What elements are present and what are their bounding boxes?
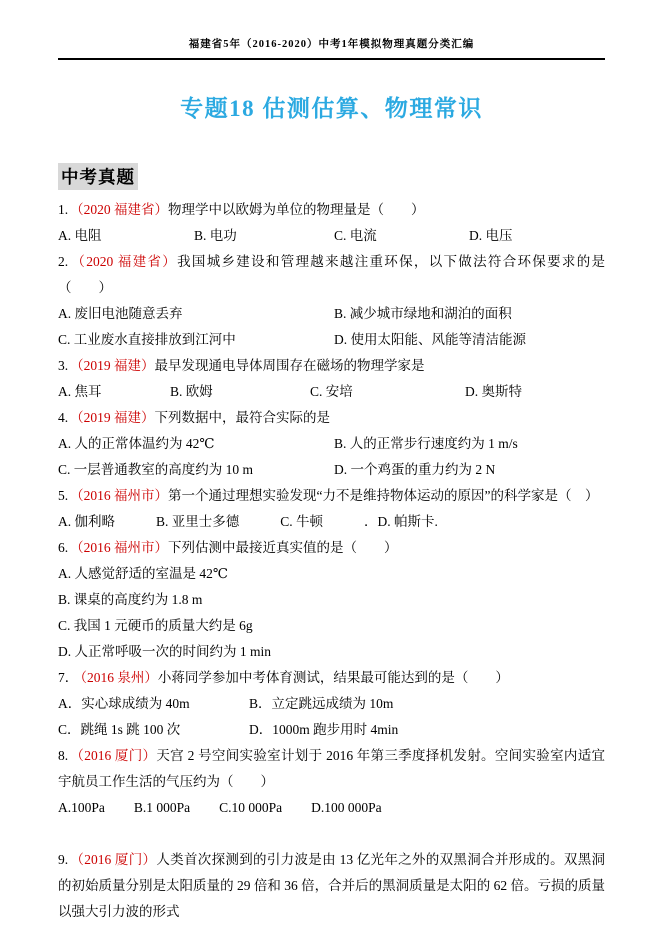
- options: A.100PaB.1 000PaC.10 000PaD.100 000Pa: [58, 795, 605, 821]
- option: C. 电流: [334, 223, 469, 249]
- question-number: 9.: [58, 852, 70, 867]
- option: A.100Pa: [58, 795, 105, 821]
- option: A．实心球成绩为 40m: [58, 691, 249, 717]
- question: 4.（2019 福建）下列数据中，最符合实际的是A. 人的正常体温约为 42℃B…: [58, 405, 605, 483]
- question: 6.（2016 福州市）下列估测中最接近真实值的是（ ）A. 人感觉舒适的室温是…: [58, 535, 605, 665]
- question-source-tag: （2019 福建）: [70, 358, 154, 373]
- question-number: 8.: [58, 748, 70, 763]
- option: C. 一层普通教室的高度约为 10 m: [58, 457, 334, 483]
- question-number: 6.: [58, 540, 70, 555]
- options: A. 伽利略B. 亚里士多德C. 牛顿．D. 帕斯卡.: [58, 509, 605, 535]
- option: D. 奥斯特: [465, 379, 605, 405]
- option: A. 人的正常体温约为 42℃: [58, 431, 334, 457]
- option: C. 安培: [310, 379, 465, 405]
- option: B. 人的正常步行速度约为 1 m/s: [334, 431, 605, 457]
- question-source-tag: （2016 泉州）: [80, 670, 158, 685]
- question-source-tag: （2016 福州市）: [70, 540, 168, 555]
- option: B. 欧姆: [170, 379, 310, 405]
- question-stem: 6.（2016 福州市）下列估测中最接近真实值的是（ ）: [58, 535, 605, 561]
- options: A．实心球成绩为 40mB．立定跳远成绩为 10mC．跳绳 1s 跳 100 次…: [58, 691, 605, 743]
- options: A. 电阻B. 电功C. 电流D. 电压: [58, 223, 605, 249]
- option: B. 课桌的高度约为 1.8 m: [58, 587, 605, 613]
- options: A. 焦耳B. 欧姆C. 安培D. 奥斯特: [58, 379, 605, 405]
- option: A. 废旧电池随意丢弃: [58, 301, 334, 327]
- question-text: 下列估测中最接近真实值的是（ ）: [168, 540, 398, 555]
- page-header-text: 福建省5年（2016-2020）中考1年模拟物理真题分类汇编: [58, 36, 605, 60]
- document-page: 福建省5年（2016-2020）中考1年模拟物理真题分类汇编 专题18 估测估算…: [0, 0, 661, 936]
- question-stem: 7．（2016 泉州）小蒋同学参加中考体育测试，结果最可能达到的是（ ）: [58, 665, 605, 691]
- option: B．立定跳远成绩为 10m: [249, 691, 605, 717]
- question-stem: 3.（2019 福建）最早发现通电导体周围存在磁场的物理学家是: [58, 353, 605, 379]
- question-source-tag: （2016 厦门）: [70, 748, 156, 763]
- options: A. 人感觉舒适的室温是 42℃B. 课桌的高度约为 1.8 mC. 我国 1 …: [58, 561, 605, 665]
- question-text: 下列数据中，最符合实际的是: [155, 410, 331, 425]
- option: D. 一个鸡蛋的重力约为 2 N: [334, 457, 605, 483]
- option: C．跳绳 1s 跳 100 次: [58, 717, 249, 743]
- question-text: 第一个通过理想实验发现“力不是维持物体运动的原因”的科学家是（ ）: [168, 488, 598, 503]
- question-source-tag: （2020 福建省）: [70, 202, 168, 217]
- options: A. 人的正常体温约为 42℃B. 人的正常步行速度约为 1 m/sC. 一层普…: [58, 431, 605, 483]
- option: B. 亚里士多德: [156, 509, 239, 535]
- question-text: 最早发现通电导体周围存在磁场的物理学家是: [155, 358, 425, 373]
- option: C.10 000Pa: [219, 795, 282, 821]
- question-number: 4.: [58, 410, 70, 425]
- question-number: 2.: [58, 254, 70, 269]
- option: C. 牛顿: [280, 509, 323, 535]
- question: 3.（2019 福建）最早发现通电导体周围存在磁场的物理学家是A. 焦耳B. 欧…: [58, 353, 605, 405]
- question-text: 小蒋同学参加中考体育测试，结果最可能达到的是（ ）: [158, 670, 509, 685]
- option: ．D. 帕斯卡.: [364, 509, 438, 535]
- options: A. 废旧电池随意丢弃B. 减少城市绿地和湖泊的面积C. 工业废水直接排放到江河…: [58, 301, 605, 353]
- question: 9.（2016 厦门）人类首次探测到的引力波是由 13 亿光年之外的双黑洞合并形…: [58, 847, 605, 925]
- question-number: 5.: [58, 488, 70, 503]
- option: A. 人感觉舒适的室温是 42℃: [58, 561, 605, 587]
- option: A. 伽利略: [58, 509, 115, 535]
- option: B. 电功: [194, 223, 334, 249]
- question-stem: 9.（2016 厦门）人类首次探测到的引力波是由 13 亿光年之外的双黑洞合并形…: [58, 847, 605, 925]
- option: D．1000m 跑步用时 4min: [249, 717, 605, 743]
- question: 5.（2016 福州市）第一个通过理想实验发现“力不是维持物体运动的原因”的科学…: [58, 483, 605, 535]
- question-source-tag: （2019 福建）: [70, 410, 154, 425]
- option: A. 电阻: [58, 223, 194, 249]
- option: D. 电压: [469, 223, 605, 249]
- option: D. 人正常呼吸一次的时间约为 1 min: [58, 639, 605, 665]
- option: C. 工业废水直接排放到江河中: [58, 327, 334, 353]
- question: 7．（2016 泉州）小蒋同学参加中考体育测试，结果最可能达到的是（ ）A．实心…: [58, 665, 605, 743]
- question-number: 7．: [58, 670, 80, 685]
- question-source-tag: （2016 福州市）: [70, 488, 168, 503]
- section-heading-row: 中考真题: [58, 163, 605, 190]
- option: B.1 000Pa: [134, 795, 190, 821]
- questions: 1.（2020 福建省）物理学中以欧姆为单位的物理量是（ ）A. 电阻B. 电功…: [58, 197, 605, 925]
- option: C. 我国 1 元硬币的质量大约是 6g: [58, 613, 605, 639]
- question-source-tag: （2020 福建省）: [70, 254, 177, 269]
- question-stem: 8.（2016 厦门）天宫 2 号空间实验室计划于 2016 年第三季度择机发射…: [58, 743, 605, 795]
- question-text: 物理学中以欧姆为单位的物理量是（ ）: [168, 202, 425, 217]
- question-stem: 1.（2020 福建省）物理学中以欧姆为单位的物理量是（ ）: [58, 197, 605, 223]
- option: D.100 000Pa: [311, 795, 382, 821]
- question-stem: 2.（2020 福建省）我国城乡建设和管理越来越注重环保，以下做法符合环保要求的…: [58, 249, 605, 301]
- option: A. 焦耳: [58, 379, 170, 405]
- question-stem: 4.（2019 福建）下列数据中，最符合实际的是: [58, 405, 605, 431]
- question-number: 1.: [58, 202, 70, 217]
- option: D. 使用太阳能、风能等清洁能源: [334, 327, 605, 353]
- question: 1.（2020 福建省）物理学中以欧姆为单位的物理量是（ ）A. 电阻B. 电功…: [58, 197, 605, 249]
- document-title: 专题18 估测估算、物理常识: [58, 90, 605, 123]
- section-heading: 中考真题: [58, 163, 138, 190]
- question-number: 3.: [58, 358, 70, 373]
- question-stem: 5.（2016 福州市）第一个通过理想实验发现“力不是维持物体运动的原因”的科学…: [58, 483, 605, 509]
- question: 8.（2016 厦门）天宫 2 号空间实验室计划于 2016 年第三季度择机发射…: [58, 743, 605, 821]
- question: 2.（2020 福建省）我国城乡建设和管理越来越注重环保，以下做法符合环保要求的…: [58, 249, 605, 353]
- question-source-tag: （2016 厦门）: [70, 852, 156, 867]
- option: B. 减少城市绿地和湖泊的面积: [334, 301, 605, 327]
